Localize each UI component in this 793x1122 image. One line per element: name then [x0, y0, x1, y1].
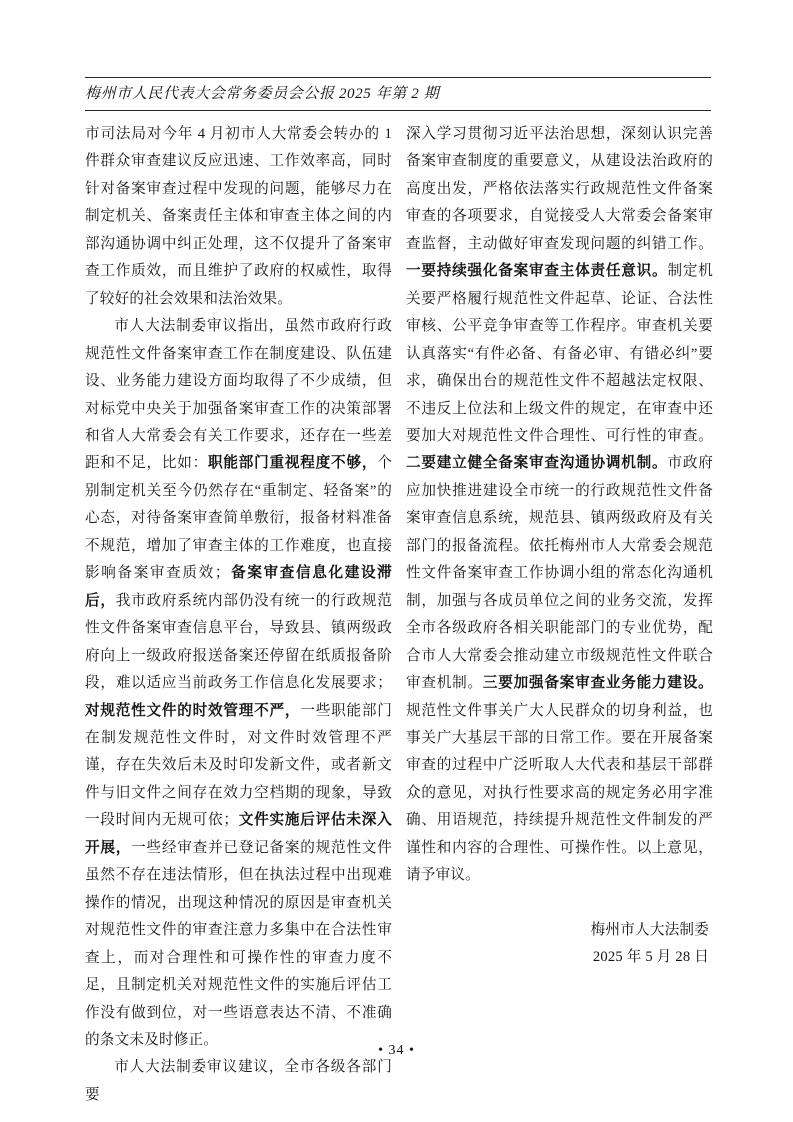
article-body: 市司法局对今年 4 月初市人大常委会转办的 1 件群众审查建议反应迅速、工作效率… [85, 121, 713, 1109]
paragraph: 市人大法制委审议建议，全市各级各部门要 [85, 1054, 392, 1109]
signature-block: 梅州市人大法制委 2025 年 5 月 28 日 [406, 917, 713, 972]
signature-author: 梅州市人大法制委 [406, 917, 709, 944]
text-segment: 一些职能部门在制发规范性文件时，对文件时效管理不严谨，存在失效后未及时印发新文件… [85, 703, 392, 829]
text-segment: 个别制定机关至今仍然存在“重制定、轻备案”的心态，对待备案审查简单敷衍，报备材料… [85, 455, 392, 581]
bold-text-segment: 二要建立健全备案审查沟通协调机制。 [406, 455, 667, 471]
text-segment: 市政府应加快推进建设全市统一的行政规范性文件备案审查信息系统，规范县、镇两级政府… [406, 455, 713, 691]
paragraph: 市司法局对今年 4 月初市人大常委会转办的 1 件群众审查建议反应迅速、工作效率… [85, 121, 392, 313]
bold-text-segment: 职能部门重视程度不够， [208, 455, 377, 471]
text-segment: 市人大法制委审议指出，虽然市政府行政规范性文件备案审查工作在制度建设、队伍建设、… [85, 318, 392, 471]
bulletin-header-title: 梅州市人民代表大会常务委员会公报 2025 年第 2 期 [85, 78, 711, 110]
text-segment: 深入学习贯彻习近平法治思想，深刻认识完善备案审查制度的重要意义，从建设法治政府的… [406, 126, 713, 252]
text-segment: 一些经审查并已登记备案的规范性文件虽然不存在违法情形，但在执法过程中出现难操作的… [85, 840, 392, 1048]
bold-text-segment: 一要持续强化备案审查主体责任意识。 [406, 263, 667, 279]
header-bottom-rule [85, 110, 711, 111]
paragraph: 深入学习贯彻习近平法治思想，深刻认识完善备案审查制度的重要意义，从建设法治政府的… [406, 121, 713, 890]
signature-date: 2025 年 5 月 28 日 [406, 944, 709, 971]
text-segment: 市司法局对今年 4 月初市人大常委会转办的 1 件群众审查建议反应迅速、工作效率… [85, 126, 392, 307]
bold-text-segment: 对规范性文件的时效管理不严， [85, 703, 300, 719]
right-column-text: 深入学习贯彻习近平法治思想，深刻认识完善备案审查制度的重要意义，从建设法治政府的… [406, 121, 713, 890]
text-segment: 我市政府系统内部仍没有统一的行政规范性文件备案审查信息平台，导致县、镇两级政府向… [85, 593, 392, 691]
left-column: 市司法局对今年 4 月初市人大常委会转办的 1 件群众审查建议反应迅速、工作效率… [85, 121, 392, 1109]
paragraph: 市人大法制委审议指出，虽然市政府行政规范性文件备案审查工作在制度建设、队伍建设、… [85, 313, 392, 1054]
text-segment: 制定机关要严格履行规范性文件起草、论证、合法性审核、公平竞争审查等工作程序。审查… [406, 263, 713, 444]
right-column: 深入学习贯彻习近平法治思想，深刻认识完善备案审查制度的重要意义，从建设法治政府的… [406, 121, 713, 1109]
bold-text-segment: 三要加强备案审查业务能力建设。 [483, 675, 713, 691]
page-header: 梅州市人民代表大会常务委员会公报 2025 年第 2 期 [85, 77, 711, 111]
page-number: • 34 • [0, 1041, 793, 1061]
text-segment: 规范性文件事关广大人民群众的切身利益，也事关广大基层干部的日常工作。要在开展备案… [406, 703, 713, 884]
bulletin-page: 梅州市人民代表大会常务委员会公报 2025 年第 2 期 市司法局对今年 4 月… [0, 0, 793, 1122]
text-segment: 市人大法制委审议建议，全市各级各部门要 [85, 1059, 392, 1102]
